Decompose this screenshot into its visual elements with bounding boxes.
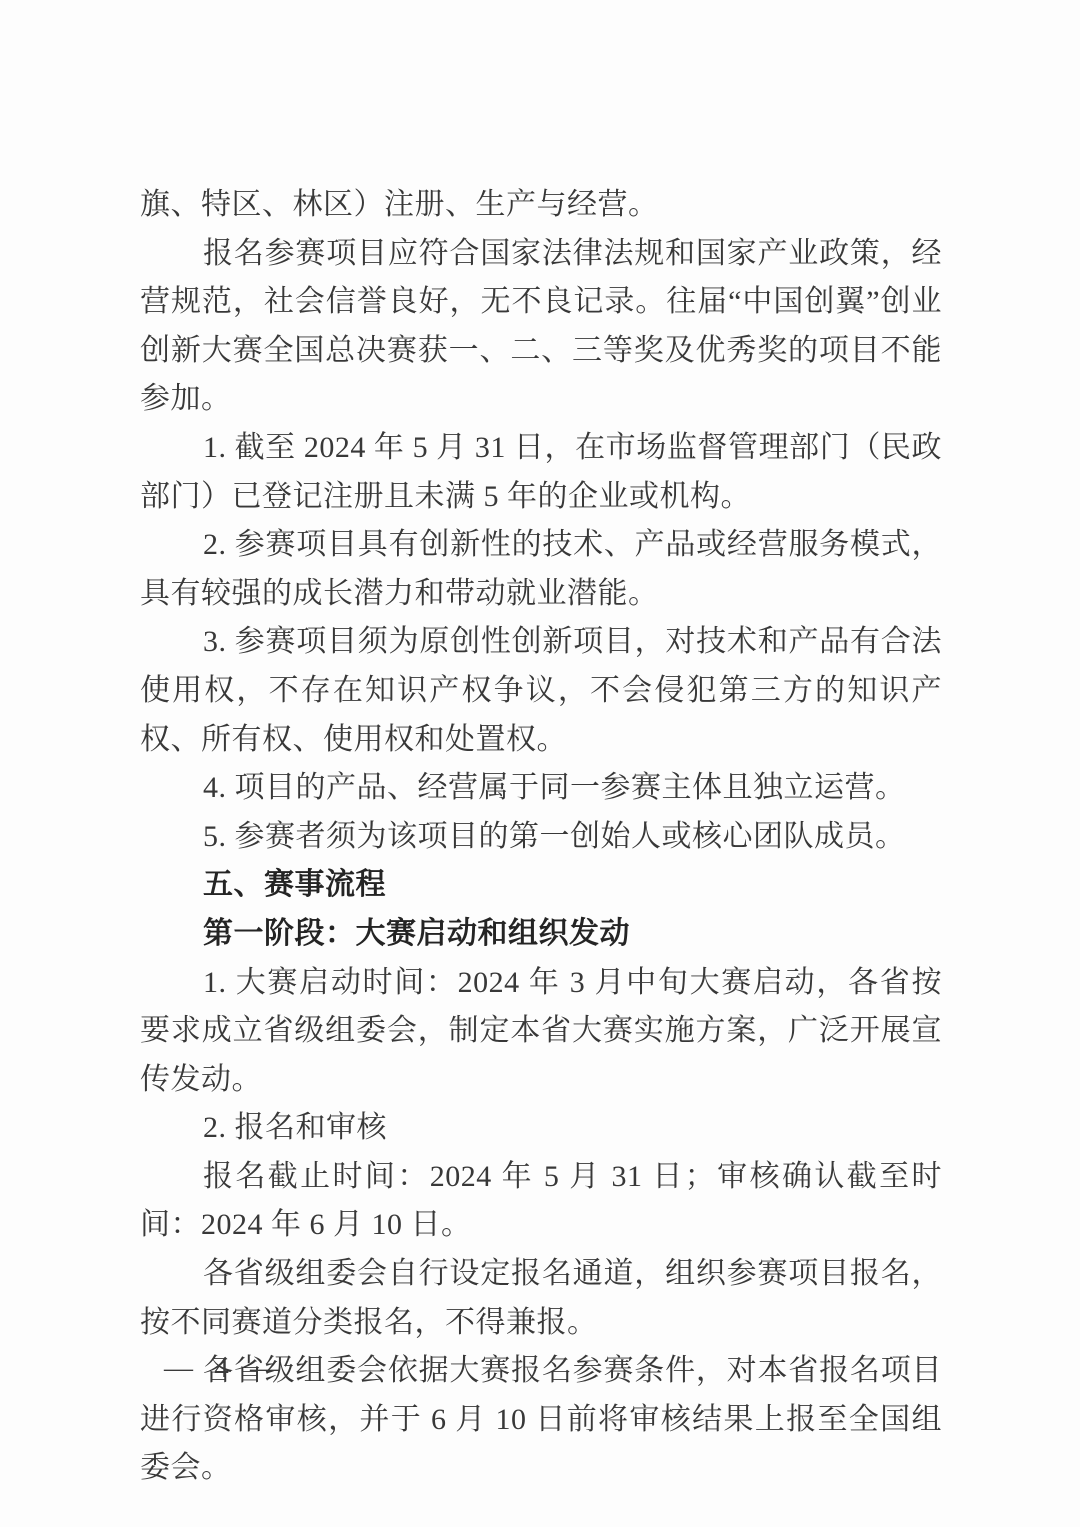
para-condition-4: 4. 项目的产品、经营属于同一参赛主体且独立运营。 — [140, 764, 942, 813]
para-registration-review-title: 2. 报名和审核 — [140, 1104, 942, 1153]
document-page: 旗、特区、林区）注册、生产与经营。 报名参赛项目应符合国家法律法规和国家产业政策… — [0, 0, 1080, 1527]
document-body: 旗、特区、林区）注册、生产与经营。 报名参赛项目应符合国家法律法规和国家产业政策… — [140, 181, 942, 1493]
heading-stage-1: 第一阶段：大赛启动和组织发动 — [140, 910, 942, 959]
para-registration-channels: 各省级组委会自行设定报名通道，组织参赛项目报名，按不同赛道分类报名，不得兼报。 — [140, 1250, 942, 1347]
para-condition-1: 1. 截至 2024 年 5 月 31 日，在市场监督管理部门（民政部门）已登记… — [140, 424, 942, 521]
para-condition-3: 3. 参赛项目须为原创性创新项目，对技术和产品有合法使用权，不存在知识产权争议，… — [140, 618, 942, 764]
para-condition-2: 2. 参赛项目具有创新性的技术、产品或经营服务模式，具有较强的成长潜力和带动就业… — [140, 521, 942, 618]
para-deadlines: 报名截止时间：2024 年 5 月 31 日；审核确认截至时间：2024 年 6… — [140, 1153, 942, 1250]
page-number: — 4 — — [164, 1352, 286, 1385]
para-launch-time: 1. 大赛启动时间：2024 年 3 月中旬大赛启动，各省按要求成立省级组委会，… — [140, 959, 942, 1105]
para-registration-continuation: 旗、特区、林区）注册、生产与经营。 — [140, 181, 942, 230]
para-eligibility-policy: 报名参赛项目应符合国家法律法规和国家产业政策，经营规范，社会信誉良好，无不良记录… — [140, 230, 942, 424]
heading-section-5-event-process: 五、赛事流程 — [140, 861, 942, 910]
para-condition-5: 5. 参赛者须为该项目的第一创始人或核心团队成员。 — [140, 813, 942, 862]
